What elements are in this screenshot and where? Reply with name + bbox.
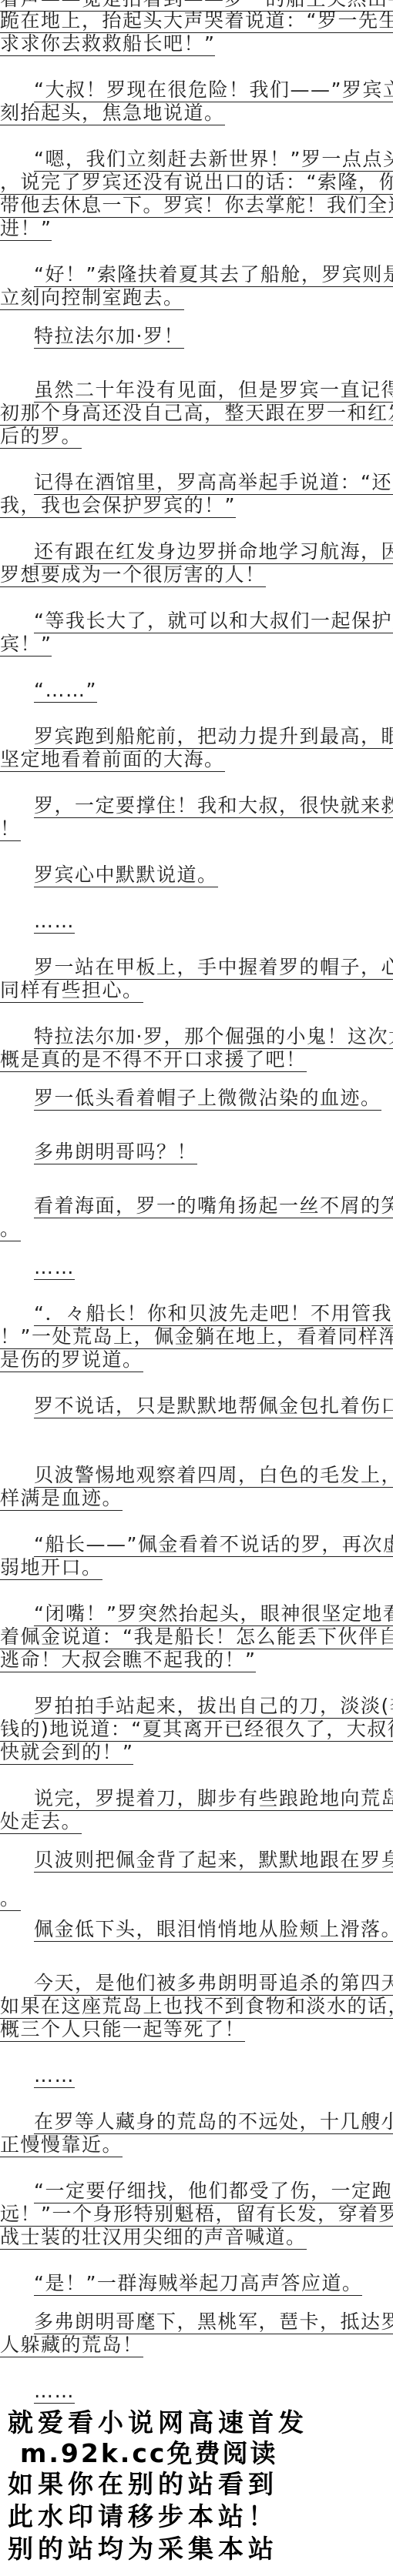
text-line: …… bbox=[34, 2064, 75, 2088]
text-line: 跪在地上，抬起头大声哭着说道：“罗一先生！ bbox=[0, 9, 393, 33]
text-line: “闭嘴！”罗突然抬起头，眼神很坚定地看 bbox=[34, 1602, 393, 1626]
text-line: 。 bbox=[0, 1887, 21, 1911]
text-line: 罗宾心中默默说道。 bbox=[34, 864, 218, 887]
text-line: 处走去。 bbox=[0, 1810, 82, 1834]
text-line: 立刻向控制室跑去。 bbox=[0, 286, 184, 310]
text-line: 还有跟在红发身边罗拼命地学习航海，因为 bbox=[34, 540, 393, 564]
text-line: 是伤的罗说道。 bbox=[0, 1348, 143, 1372]
watermark-line: 就爱看小说网高速首发 bbox=[8, 2407, 308, 2438]
text-line: 求求你去救救船长吧！” bbox=[0, 32, 215, 56]
text-line: 佩金低下头，眼泪悄悄地从脸颊上滑落。 bbox=[34, 1918, 393, 1942]
text-line: 罗，一定要撑住！我和大叔，很快就来救你 bbox=[34, 794, 393, 818]
text-line: 贝波则把佩金背了起来，默默地跟在罗身后 bbox=[34, 1849, 393, 1873]
text-line: “等我长大了，就可以和大叔们一起保护罗 bbox=[34, 610, 393, 633]
text-line: 记得在酒馆里，罗高高举起手说道：“还有 bbox=[34, 471, 393, 495]
text-line: 带他去休息一下。罗宾！你去掌舵！我们全速前 bbox=[0, 194, 393, 218]
watermark-line: 此水印请移步本站！ bbox=[8, 2501, 278, 2532]
text-line: …… bbox=[34, 1256, 75, 1280]
text-line: “好！”索隆扶着夏其去了船舱，罗宾则是 bbox=[34, 263, 393, 287]
watermark-line: 别的站均为采集本站 bbox=[8, 2534, 278, 2564]
text-line: 罗一低头看着帽子上微微沾染的血迹。 bbox=[34, 1087, 381, 1111]
text-line: 罗宾跑到船舵前，把动力提升到最高，眼神 bbox=[34, 725, 393, 749]
text-line: 概是真的是不得不开口求援了吧！ bbox=[0, 1048, 307, 1072]
text-line: “一定要仔细找，他们都受了伤，一定跑不 bbox=[34, 2180, 393, 2203]
watermark-line: m.92k.cc免费阅读 bbox=[20, 2438, 277, 2469]
text-line: 概三个人只能一起等死了！ bbox=[0, 2018, 245, 2042]
text-line: …… bbox=[34, 910, 75, 934]
text-line: “是！”一群海贼举起刀高声答应道。 bbox=[34, 2272, 362, 2296]
text-line: 初那个身高还没自己高，整天跟在罗一和红发身 bbox=[0, 402, 393, 426]
text-line: ，说完了罗宾还没有说出口的话：“索隆，你先 bbox=[0, 171, 393, 195]
text-line: 说完，罗提着刀，脚步有些踉跄地向荒岛深 bbox=[34, 1787, 393, 1811]
text-line: 战士装的壮汉用尖细的声音喊道。 bbox=[0, 2226, 307, 2250]
text-line: 钱的)地说道：“夏其离开已经很久了，大叔很 bbox=[0, 1718, 393, 1742]
text-line: 看着海面，罗一的嘴角扬起一丝不屑的笑意 bbox=[34, 1194, 393, 1218]
text-line: 人躲藏的荒岛！ bbox=[0, 2334, 143, 2357]
text-line: 。 bbox=[0, 1218, 21, 1241]
text-line: 逃命！大叔会瞧不起我的！” bbox=[0, 1649, 256, 1672]
text-line: “船长——”佩金看着不说话的罗，再次虚 bbox=[34, 1533, 393, 1557]
watermark-line: 如果你在别的站看到 bbox=[8, 2469, 278, 2500]
text-line: “．々船长！你和贝波先走吧！不用管我了 bbox=[34, 1302, 393, 1326]
text-line: ！”一处荒岛上，佩金躺在地上，看着同样浑身 bbox=[0, 1325, 393, 1349]
text-line: 多弗朗明哥麾下，黑桃军，琶卡，抵达罗等 bbox=[34, 2310, 393, 2334]
text-line: ！ bbox=[0, 817, 21, 841]
text-line: 罗一站在甲板上，手中握着罗的帽子，心中 bbox=[34, 956, 393, 980]
text-line: 我，我也会保护罗宾的！” bbox=[0, 494, 236, 518]
text-line: 罗想要成为一个很厉害的人！ bbox=[0, 563, 266, 587]
text-line: 在罗等人藏身的荒岛的不远处，十几艘小船 bbox=[34, 2110, 393, 2134]
text-line: 进！” bbox=[0, 217, 52, 241]
text-line: 贝波警惕地观察着四周，白色的毛发上，同 bbox=[34, 1464, 393, 1488]
text-line: 多弗朗明哥吗？！ bbox=[34, 1141, 197, 1164]
text-line: 特拉法尔加·罗！ bbox=[34, 325, 184, 349]
text-line: 样满是血迹。 bbox=[0, 1487, 123, 1511]
text-line: 同样有些担心。 bbox=[0, 979, 143, 1003]
text-line: 远！”一个身形特别魁梧，留有长发，穿着罗马 bbox=[0, 2203, 393, 2227]
text-line: “大叔！罗现在很危险！我们——”罗宾立 bbox=[34, 79, 393, 102]
text-line: “……” bbox=[34, 679, 97, 703]
text-line: 特拉法尔加·罗，那个倔强的小鬼！这次大 bbox=[34, 1025, 393, 1049]
text-line: 正慢慢靠近。 bbox=[0, 2133, 123, 2157]
text-line: 着佩金说道：“我是船长！怎么能丢下伙伴自己 bbox=[0, 1625, 393, 1649]
text-line: 宾！” bbox=[0, 633, 52, 657]
text-line: 罗拍拍手站起来，拔出自己的刀，淡淡(李 bbox=[34, 1695, 393, 1719]
text-line: 虽然二十年没有见面，但是罗宾一直记得当 bbox=[34, 379, 393, 403]
text-line: 后的罗。 bbox=[0, 425, 82, 449]
text-line: 如果在这座荒岛上也找不到食物和淡水的话，大 bbox=[0, 1995, 393, 2019]
text-line: 刻抬起头，焦急地说道。 bbox=[0, 102, 225, 125]
text-line: “嗯，我们立刻赶去新世界！”罗一点点头 bbox=[34, 148, 393, 172]
text-line: 快就会到的！” bbox=[0, 1741, 133, 1765]
text-line: 今天，是他们被多弗朗明哥追杀的第四天， bbox=[34, 1972, 393, 1996]
text-line: …… bbox=[34, 2380, 75, 2404]
text-line: 罗不说话，只是默默地帮佩金包扎着伤口。 bbox=[34, 1395, 393, 1418]
text-line: 弱地开口。 bbox=[0, 1556, 102, 1580]
text-line: 坚定地看着前面的大海。 bbox=[0, 748, 225, 772]
